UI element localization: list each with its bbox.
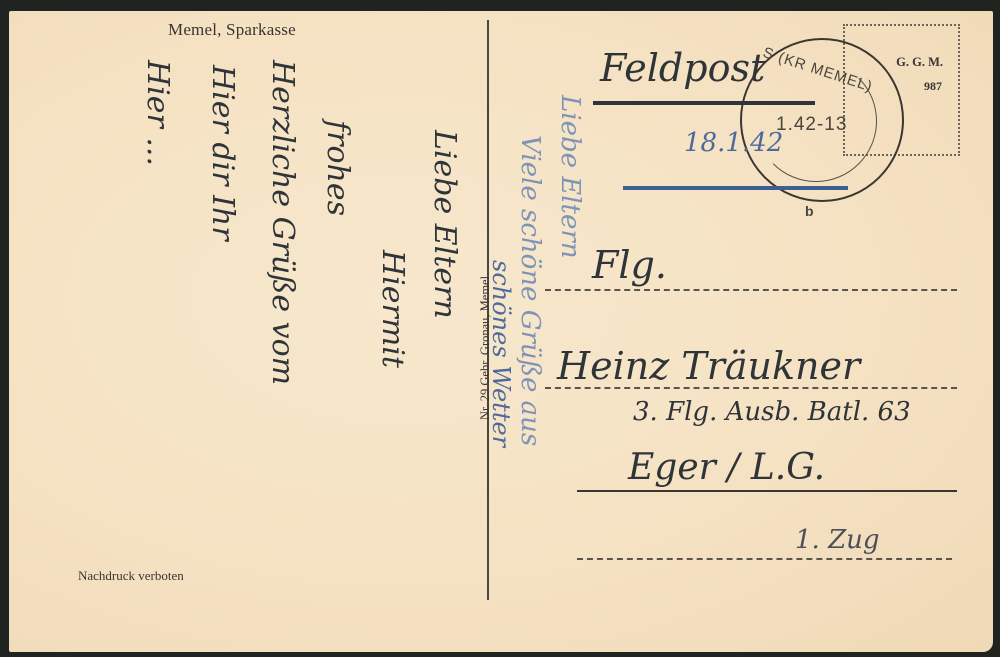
blue-message-line-3: schönes Wetter — [487, 260, 515, 447]
postcard-caption: Memel, Sparkasse — [168, 20, 296, 40]
blue-underline — [623, 186, 848, 190]
feldpost-underline — [593, 101, 815, 105]
stamp-box-number: 987 — [924, 79, 942, 94]
recipient-unit: 3. Flg. Ausb. Batl. 63 — [633, 397, 911, 427]
copyright-notice: Nachdruck verboten — [78, 568, 184, 584]
recipient-name: Heinz Träukner — [557, 344, 860, 388]
message-line-3: frohes — [320, 120, 355, 216]
address-line-4 — [577, 558, 952, 560]
postmark-date: 1.42-13 — [776, 114, 847, 136]
message-line-5: Hier dir Ihr — [205, 65, 240, 241]
message-line-1: Liebe Eltern — [427, 130, 462, 319]
address-line-1 — [545, 289, 957, 291]
recipient-subunit: 1. Zug — [795, 525, 880, 555]
message-line-6: Hier ... — [140, 60, 175, 166]
recipient-city: Eger / L.G. — [628, 447, 825, 488]
message-line-4: Herzliche Grüße vom — [265, 60, 300, 385]
address-line-3 — [577, 490, 957, 492]
blue-message-line-1: Liebe Eltern — [555, 95, 585, 259]
feldpost-header: Feldpost — [600, 46, 765, 90]
stamp-box-label: G. G. M. — [896, 55, 943, 70]
blue-message-line-2: Viele schöne Grüße aus — [515, 135, 545, 446]
recipient-rank: Flg. — [592, 243, 667, 287]
date-note: 18.1.42 — [684, 128, 783, 158]
message-line-2: Hiermit — [375, 250, 410, 368]
postmark-letter: b — [805, 203, 814, 219]
